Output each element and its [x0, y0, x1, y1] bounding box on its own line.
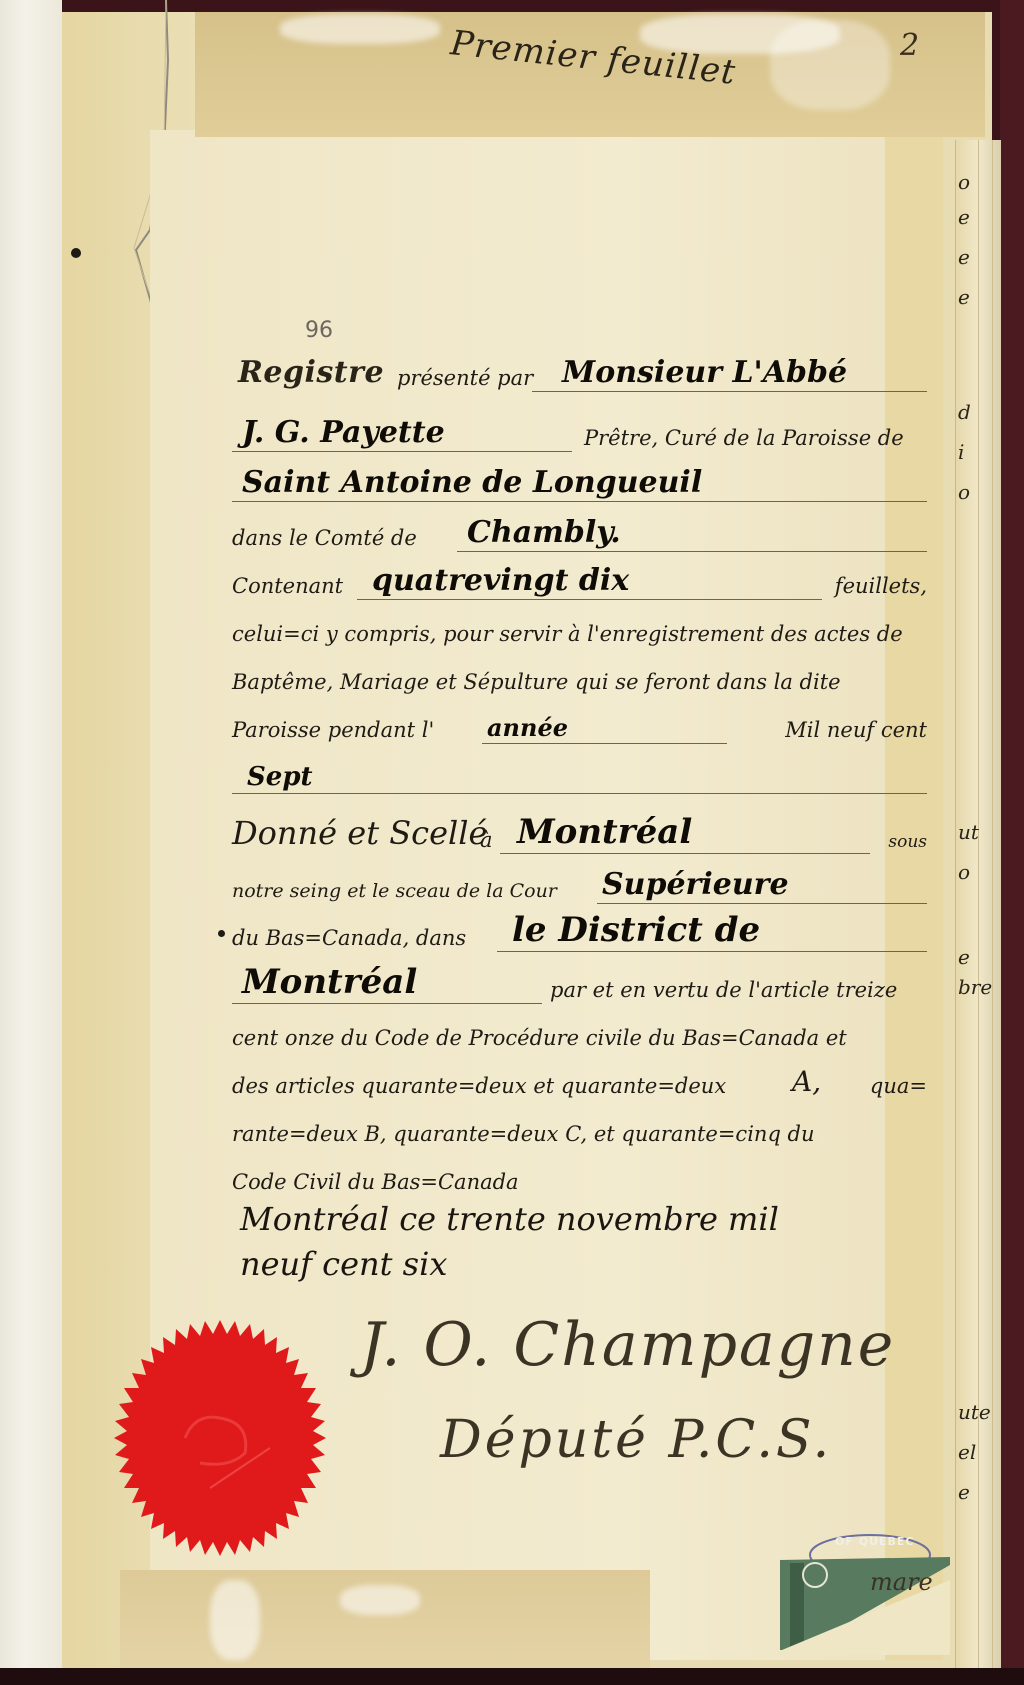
filled-text: Montréal: [517, 812, 692, 852]
margin-letter: i: [958, 440, 964, 464]
fill-rule: [232, 451, 572, 452]
printed-text: Donné et Scellé: [232, 814, 487, 852]
margin-letter: e: [958, 1480, 970, 1504]
fill-rule: [500, 853, 870, 854]
printed-text: Prêtre, Curé de la Paroisse de: [584, 426, 904, 450]
printed-text: à: [480, 828, 493, 852]
fill-rule: [232, 1003, 542, 1004]
form-line-1: Registre présenté par Monsieur L'Abbé: [232, 350, 927, 398]
margin-letter: el: [958, 1440, 976, 1464]
printed-text: notre seing et le sceau de la Cour: [232, 880, 557, 902]
form-line-17: Code Civil du Bas=Canada: [232, 1154, 927, 1202]
printed-text: du Bas=Canada, dans: [232, 926, 466, 950]
fill-rule: [232, 793, 927, 794]
fill-rule: [497, 951, 927, 952]
facing-page: [0, 0, 62, 1685]
printed-text: rante=deux B, quarante=deux C, et quaran…: [232, 1122, 815, 1146]
form-line-6: celui=ci y compris, pour servir à l'enre…: [232, 606, 927, 654]
filled-text: J. G. Payette: [242, 415, 445, 450]
printed-text: A,: [792, 1065, 821, 1098]
dateline-1: Montréal ce trente novembre mil: [240, 1200, 779, 1238]
printed-text: Paroisse pendant l': [232, 718, 434, 742]
printed-text: celui=ci y compris, pour servir à l'enre…: [232, 622, 903, 646]
printed-text: dans le Comté de: [232, 526, 417, 550]
printed-text: qua=: [870, 1074, 927, 1098]
form-line-3: Saint Antoine de Longueuil: [232, 460, 927, 508]
printed-text: sous: [888, 832, 927, 852]
fill-rule: [232, 501, 927, 502]
filled-text: Chambly.: [467, 515, 621, 550]
printed-text: par et en vertu de l'article treize: [550, 978, 897, 1002]
margin-letter: e: [958, 205, 970, 229]
filled-text: Saint Antoine de Longueuil: [242, 465, 702, 500]
printed-text: des articles quarante=deux et quarante=d…: [232, 1074, 726, 1098]
form-line-5: Contenant quatrevingt dix feuillets,: [232, 558, 927, 606]
red-seal-icon: [100, 1318, 340, 1558]
edge-line: [992, 140, 993, 1670]
form-line-11: notre seing et le sceau de la Cour Supér…: [232, 862, 927, 910]
filled-text: quatrevingt dix: [372, 563, 629, 598]
form-line-10: Donné et Scellé à Montréal sous: [232, 812, 927, 860]
tape-glare: [770, 20, 890, 110]
ink-dot: [218, 930, 225, 937]
filled-text: le District de: [512, 910, 760, 950]
stamp-note: mare: [870, 1568, 933, 1596]
margin-letter: o: [958, 860, 970, 884]
signature-name: J. O. Champagne: [360, 1310, 895, 1380]
form-line-12: du Bas=Canada, dans le District de: [232, 910, 927, 958]
margin-letter: o: [958, 480, 970, 504]
margin-letter: e: [958, 245, 970, 269]
printed-text: feuillets,: [835, 574, 927, 598]
margin-letter: ut: [958, 820, 979, 844]
margin-letter: d: [958, 400, 971, 424]
fill-rule: [457, 551, 927, 552]
form-line-9: Sept: [232, 752, 927, 800]
printed-text: cent onze du Code de Procédure civile du…: [232, 1026, 847, 1050]
printed-text: Code Civil du Bas=Canada: [232, 1170, 519, 1194]
tape-glare: [280, 14, 440, 44]
form-line-14: cent onze du Code de Procédure civile du…: [232, 1010, 927, 1058]
filled-text: Sept: [247, 762, 313, 792]
printed-text: Contenant: [232, 574, 343, 598]
folio-number: 96: [305, 318, 333, 343]
margin-letter: e: [958, 945, 970, 969]
dateline-2: neuf cent six: [240, 1245, 447, 1283]
fill-rule: [357, 599, 822, 600]
margin-letter: o: [958, 170, 970, 194]
form-line-13: Montréal par et en vertu de l'article tr…: [232, 962, 927, 1010]
fill-rule: [597, 903, 927, 904]
registre-heading: Registre: [238, 355, 384, 390]
form-line-8: Paroisse pendant l' année Mil neuf cent: [232, 702, 927, 750]
stamp-text: OF QUEBEC: [835, 1535, 914, 1548]
margin-letter: bre: [958, 975, 992, 999]
form-line-16: rante=deux B, quarante=deux C, et quaran…: [232, 1106, 927, 1154]
form-line-7: Baptême, Mariage et Sépulture qui se fer…: [232, 654, 927, 702]
book-cover-bottom: [0, 1668, 1024, 1685]
book-cover-edge: [1000, 0, 1024, 1685]
printed-text: Baptême, Mariage et Sépulture qui se fer…: [232, 670, 841, 694]
form-line-2: J. G. Payette Prêtre, Curé de la Paroiss…: [232, 410, 927, 458]
page-number: 2: [900, 28, 919, 63]
binding-hole: [71, 248, 81, 258]
fill-rule: [482, 743, 727, 744]
printed-text: Mil neuf cent: [785, 718, 927, 742]
margin-letter: ute: [958, 1400, 991, 1424]
signature-title: Député P.C.S.: [440, 1410, 832, 1470]
form-line-4: dans le Comté de Chambly.: [232, 510, 927, 558]
filled-text: Monsieur L'Abbé: [562, 355, 847, 390]
printed-text: présenté par: [397, 366, 533, 390]
filled-text: Montréal: [242, 962, 417, 1002]
form-line-15: des articles quarante=deux et quarante=d…: [232, 1058, 927, 1106]
tape-glare: [340, 1585, 420, 1615]
fill-rule: [532, 391, 927, 392]
filled-text: année: [487, 713, 568, 742]
filled-text: Supérieure: [602, 867, 789, 902]
margin-letter: e: [958, 285, 970, 309]
tape-glare: [210, 1580, 260, 1660]
edge-line: [978, 140, 979, 1670]
